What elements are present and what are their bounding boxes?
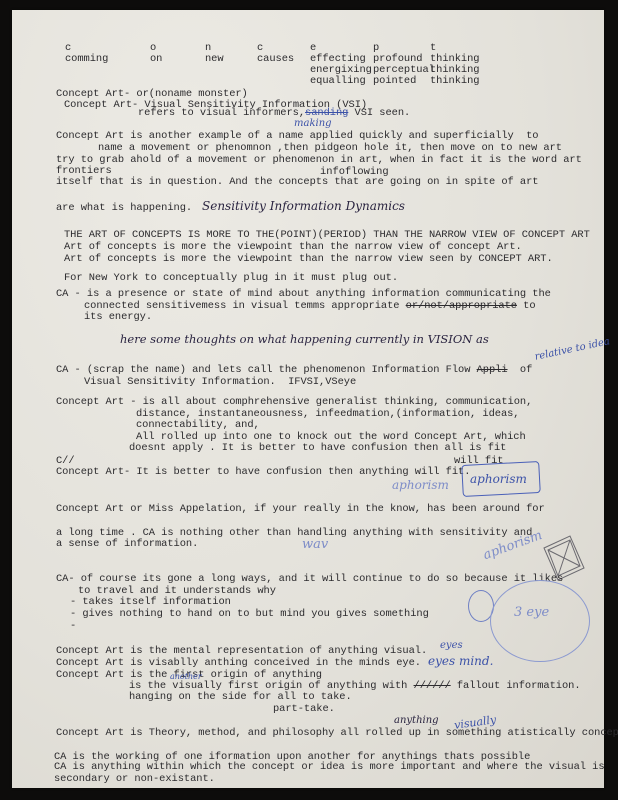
text-line: refers to visual informers,sanding VSI s… [138,108,410,119]
header-word: equalling [310,76,366,87]
circle-sketch-icon [490,580,590,662]
handwritten-eyes: eyes [440,640,463,651]
text-line: Concept Art is the mental representation… [56,646,427,657]
text-line: hanging on the side for all to take. [129,692,352,703]
text-line: a sense of information. [56,539,198,550]
text-line: try to grab ahold of a movement or pheno… [56,155,582,166]
text-line: are what is happening. [56,203,192,214]
text-line: CA - (scrap the name) and lets call the … [56,365,532,376]
text-line: - [70,621,76,632]
text-line: - gives nothing to hand on to but mind y… [70,609,429,620]
handwritten-vision-note: here some thoughts on what happening cur… [120,332,489,346]
handwritten-aphorism: aphorism [392,478,449,492]
text-line: Concept Art- It is better to have confus… [56,467,470,478]
text-line: connectability, and, [136,420,260,431]
text-line: itself that is in question. And the conc… [56,177,538,188]
text-line: Art of concepts is more the viewpoint th… [64,242,522,253]
text-line: CA is anything within which the concept … [54,762,605,773]
text-line: Concept Art is visablly anthing conceive… [56,658,421,669]
text-line: Concept Art - is all about comphrehensiv… [56,397,532,408]
header-word: thinking [430,76,479,87]
text-line: name a movement or phenomnon ,then pidge… [98,143,562,154]
header-word: causes [257,54,294,65]
text-line: Visual Sensitivity Information. IFVSI,VS… [84,377,356,388]
handwritten-aphorism: aphorism [470,472,527,486]
text-line: - takes itself information [70,597,231,608]
header-word: comming [65,54,108,65]
text-line: For New York to conceptually plug in it … [64,273,398,284]
text-line: Art of concepts is more the viewpoint th… [64,254,553,265]
handwritten-wav: wav [302,537,328,552]
document-page: c o n c e p t comming on new causes effe… [12,10,604,788]
text-line: part-take. [273,704,335,715]
text-line: THE ART OF CONCEPTS IS MORE TO THE(POINT… [64,230,590,241]
handwritten-sensitivity-dynamics: Sensitivity Information Dynamics [202,199,405,213]
handwritten-relative-idea: relative to idea [534,336,611,363]
text-line: CA- of course its gone a long ways, and … [56,574,563,585]
text-line: Concept Art is Theory, method, and philo… [56,728,618,739]
text-line: its energy. [84,312,152,323]
handwritten-anything: anything [394,715,439,726]
text-line: secondary or non-existant. [54,774,215,785]
handwritten-3-eye: 3 eye [514,605,549,620]
text-line: Concept Art is another example of a name… [56,131,538,142]
header-word: pointed [373,76,416,87]
header-word: new [205,54,224,65]
header-word: on [150,54,162,65]
text-line: CA - is a presence or state of mind abou… [56,289,551,300]
handwritten-making: making [294,118,332,129]
text-line: Concept Art or Miss Appelation, if your … [56,504,545,515]
text-line: doesnt apply . It is better to have conf… [129,443,506,454]
handwritten-eyes-mind: eyes mind. [428,654,493,668]
